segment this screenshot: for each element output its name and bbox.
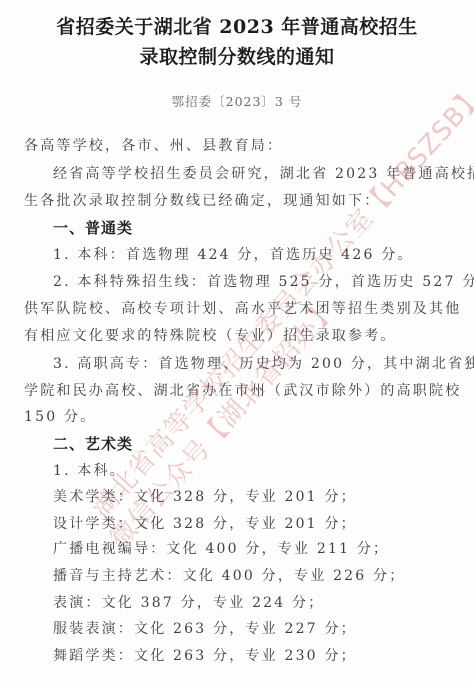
general-item-special-line-cont1: 供军队院校、高校专项计划、高水平艺术团等招生类别及其他 [24,300,461,318]
document-number: 鄂招委〔2023〕3 号 [0,92,474,110]
section-heading-arts: 二、艺术类 [53,435,133,453]
arts-sub-undergrad: 1. 本科。 [53,462,126,480]
general-item-vocational-cont2: 150 分。 [24,408,96,426]
arts-item-design: 设计学类：文化 328 分，专业 201 分； [53,515,357,533]
arts-item-broadcast-directing: 广播电视编导：文化 400 分，专业 211 分； [53,540,389,558]
general-item-vocational: 3. 高职高专：首选物理、历史均为 200 分，其中湖北省独立 [53,355,474,373]
arts-item-performance: 表演：文化 387 分，专业 224 分； [53,594,324,612]
document-title-line1: 省招委关于湖北省 2023 年普通高校招生 [0,12,474,39]
section-heading-general: 一、普通类 [53,219,133,237]
arts-item-fashion-performance: 服装表演：文化 263 分，专业 227 分； [53,620,357,638]
notice-document: 省招委关于湖北省 2023 年普通高校招生 录取控制分数线的通知 鄂招委〔202… [0,0,474,681]
general-item-special-line-cont2: 有相应文化要求的特殊院校（专业）招生录取参考。 [24,327,397,345]
arts-item-fine-arts: 美术学类：文化 328 分，专业 201 分； [53,488,357,506]
intro-line-1: 经省高等学校招生委员会研究，湖北省 2023 年普通高校招 [53,165,474,183]
intro-line-2: 生各批次录取控制分数线已经确定，现通知如下： [24,192,380,210]
arts-item-dance: 舞蹈学类：文化 263 分，专业 230 分； [53,647,357,665]
general-item-special-line: 2. 本科特殊招生线：首选物理 525 分，首选历史 527 分。 [53,273,474,291]
general-item-vocational-cont1: 学院和民办高校、湖北省办在市州（武汉市除外）的高职院校 [24,382,461,400]
arts-item-broadcasting-hosting: 播音与主持艺术：文化 400 分，专业 226 分； [53,567,405,585]
salutation: 各高等学校，各市、州、县教育局： [24,137,283,155]
general-item-undergrad: 1. 本科：首选物理 424 分，首选历史 426 分。 [53,246,414,264]
document-title-line2: 录取控制分数线的通知 [0,42,474,69]
